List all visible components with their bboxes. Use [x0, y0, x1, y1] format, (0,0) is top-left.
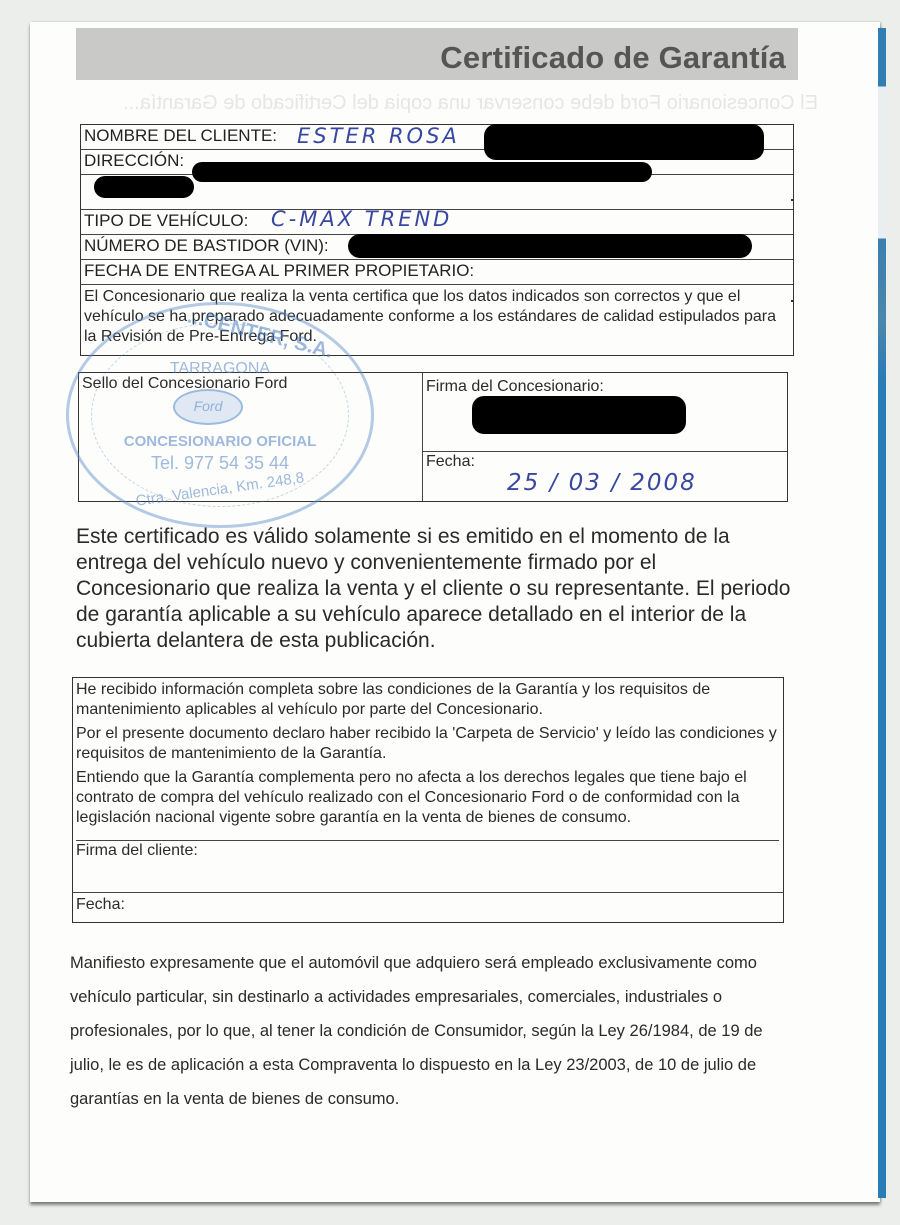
customer-date-label: Fecha: [76, 896, 125, 914]
dealer-date-value: 25 / 03 / 2008 [507, 470, 697, 496]
bleed-through-text: El Concesionario Ford debe conservar una… [118, 90, 818, 116]
address-label: DIRECCIÓN: [84, 151, 184, 170]
customer-name-label: NOMBRE DEL CLIENTE: [84, 126, 277, 145]
stamp-label: Sello del Concesionario Ford [82, 375, 287, 393]
redaction-dealer-signature [472, 396, 686, 434]
customer-declaration-box: He recibido información completa sobre l… [72, 677, 784, 923]
declaration-paragraph-3: Entiendo que la Garantía complementa per… [76, 768, 779, 828]
customer-signature-label: Firma del cliente: [76, 842, 198, 860]
scan-speck [791, 199, 793, 201]
redaction-address-line-1 [192, 162, 652, 182]
redaction-address-line-2 [94, 176, 194, 198]
declaration-paragraph-2: Por el presente documento declaro haber … [76, 724, 779, 764]
declaration-paragraph-1: He recibido información completa sobre l… [76, 680, 779, 720]
redaction-vin [348, 234, 752, 258]
vehicle-type-label: TIPO DE VEHÍCULO: [84, 211, 248, 230]
delivery-date-label: FECHA DE ENTREGA AL PRIMER PROPIETARIO: [84, 261, 474, 280]
stamp-cell: Sello del Concesionario Ford [79, 373, 423, 501]
booklet-spine-edge [878, 28, 886, 1198]
redaction-customer-surname [484, 124, 764, 160]
dealer-date-label: Fecha: [426, 453, 475, 471]
dealer-certification-row: El Concesionario que realiza la venta ce… [81, 285, 793, 355]
customer-name-value: ESTER ROSA [297, 125, 460, 147]
vehicle-type-row: TIPO DE VEHÍCULO: C-MAX TREND [81, 210, 793, 235]
dealer-signature-label: Firma del Concesionario: [426, 378, 604, 396]
declaration-text: He recibido información completa sobre l… [76, 680, 779, 841]
customer-signature-field[interactable]: Firma del cliente: [73, 842, 783, 893]
dealer-box: Sello del Concesionario Ford Firma del C… [78, 372, 788, 502]
title-band: Certificado de Garantía [76, 28, 798, 80]
consumer-statement: Manifiesto expresamente que el automóvil… [70, 946, 790, 1116]
customer-date-field[interactable]: Fecha: [73, 893, 783, 921]
dealer-certification-text: El Concesionario que realiza la venta ce… [84, 288, 776, 345]
delivery-date-row: FECHA DE ENTREGA AL PRIMER PROPIETARIO: [81, 260, 793, 285]
document-title: Certificado de Garantía [440, 40, 786, 76]
vehicle-type-value: C-MAX TREND [271, 208, 452, 230]
vin-label: NÚMERO DE BASTIDOR (VIN): [84, 236, 329, 255]
dealer-date-cell: Fecha: 25 / 03 / 2008 [423, 452, 787, 500]
validity-notice: Este certificado es válido solamente si … [76, 524, 796, 654]
scan-speck [791, 300, 793, 302]
